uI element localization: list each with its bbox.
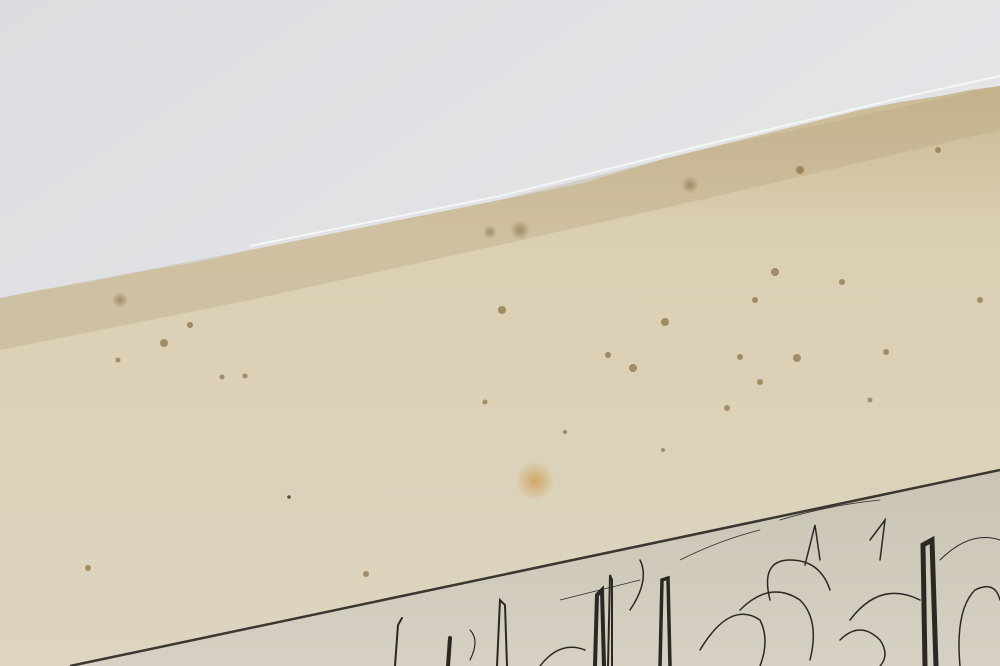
foxed-paper-photo [0,0,1000,666]
photo-scene [0,0,1000,666]
stain [515,461,555,501]
